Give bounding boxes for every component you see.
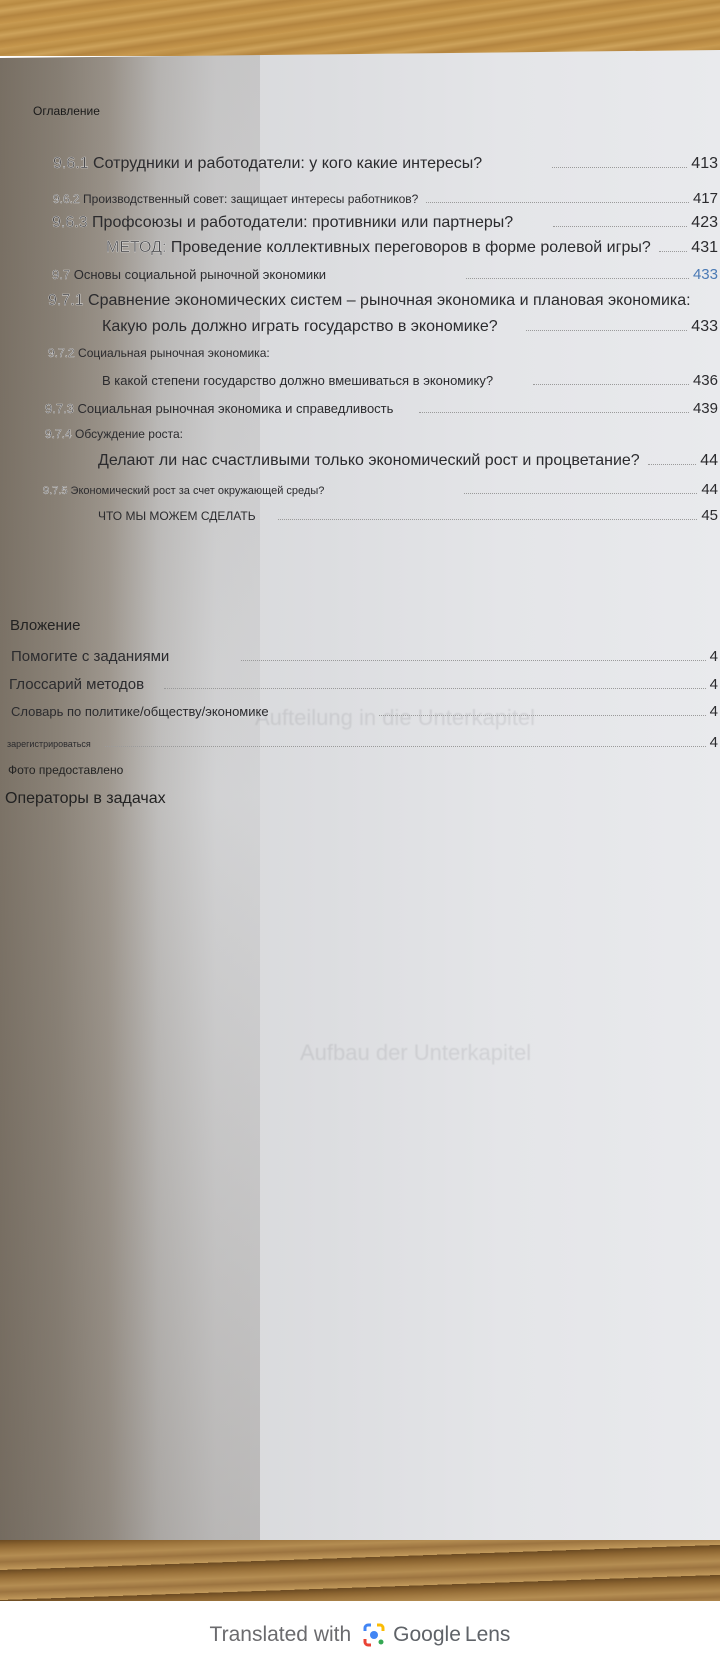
entry-text: зарегистрироваться	[7, 739, 91, 749]
entry-page: 4	[710, 648, 720, 665]
leader-dots	[648, 464, 697, 465]
entry-number: 9.6.1	[53, 155, 89, 172]
appendix-entry[interactable]: Помогите с заданиями 4	[11, 648, 720, 665]
entry-page: 413	[691, 155, 720, 173]
entry-number: 9.6.3	[52, 214, 88, 231]
toc-entry[interactable]: 9.6.1 Сотрудники и работодатели: у кого …	[53, 155, 720, 173]
entry-text: Делают ли нас счастливыми только экономи…	[98, 452, 640, 470]
appendix-entry[interactable]: Словарь по политике/обществу/экономике 4	[11, 703, 720, 720]
toc-entry[interactable]: Какую роль должно играть государство в э…	[102, 318, 720, 336]
toc-entry[interactable]: В какой степени государство должно вмеши…	[102, 372, 720, 389]
translated-with-label: Translated with	[210, 1623, 352, 1647]
leader-dots	[426, 202, 689, 203]
entry-page: 45	[701, 507, 720, 524]
appendix-title: Вложение	[10, 617, 80, 634]
leader-dots	[241, 660, 705, 661]
entry-page: 433	[693, 266, 720, 283]
toc-entry[interactable]: 9.7.2 Социальная рыночная экономика:	[48, 346, 720, 360]
wood-table-bottom	[0, 1540, 720, 1601]
photo-credits[interactable]: Фото предоставлено	[8, 763, 123, 777]
toc-entry[interactable]: 9.6.3 Профсоюзы и работодатели: противни…	[52, 214, 720, 232]
operators-heading[interactable]: Операторы в задачах	[5, 790, 166, 808]
entry-page: 4	[710, 703, 720, 720]
google-lens-icon	[361, 1622, 387, 1648]
entry-text: Производственный совет: защищает интерес…	[83, 192, 418, 206]
entry-text: Экономический рост за счет окружающей ср…	[71, 485, 325, 497]
entry-page: 423	[691, 214, 720, 232]
leader-dots	[553, 226, 687, 227]
entry-page: 44	[701, 481, 720, 498]
google-brand: Google	[393, 1623, 461, 1647]
toc-entry[interactable]: МЕТОД: Проведение коллективных переговор…	[106, 239, 720, 257]
leader-dots	[659, 251, 688, 252]
entry-page: 4	[710, 734, 720, 751]
toc-entry[interactable]: 9.6.2 Производственный совет: защищает и…	[53, 190, 720, 207]
entry-text: Словарь по политике/обществу/экономике	[11, 704, 269, 719]
entry-text: Социальная рыночная экономика:	[78, 346, 270, 360]
appendix-entry[interactable]: зарегистрироваться 4	[7, 734, 720, 751]
leader-dots	[552, 167, 687, 168]
entry-page: 439	[693, 400, 720, 417]
leader-dots	[278, 519, 698, 520]
entry-text: Обсуждение роста:	[75, 427, 183, 441]
entry-text: В какой степени государство должно вмеши…	[102, 373, 493, 388]
entry-text: Глоссарий методов	[9, 676, 144, 693]
entry-page: 417	[693, 190, 720, 207]
photo-background: Aufteilung in die Unterkapitel Aufbau de…	[0, 0, 720, 1601]
leader-dots	[379, 715, 706, 716]
toc-entry[interactable]: 9.7.1 Сравнение экономических систем – р…	[48, 292, 720, 310]
entry-text: Какую роль должно играть государство в э…	[102, 318, 498, 336]
entry-page: 431	[691, 239, 720, 257]
entry-text: Социальная рыночная экономика и справедл…	[78, 401, 394, 416]
entry-number: 9.7.4	[45, 427, 72, 441]
entry-number: 9.7.5	[43, 485, 67, 497]
lens-brand: Lens	[465, 1623, 511, 1647]
leader-dots	[164, 688, 706, 689]
entry-number: 9.6.2	[53, 192, 80, 206]
entry-page: 4	[710, 676, 720, 693]
leader-dots	[105, 746, 706, 747]
leader-dots	[526, 330, 688, 331]
entry-text: Проведение коллективных переговоров в фо…	[171, 239, 651, 256]
entry-number: 9.7.2	[48, 346, 75, 360]
entry-page: 44	[700, 452, 720, 470]
leader-dots	[464, 493, 697, 494]
leader-dots	[533, 384, 689, 385]
leader-dots	[419, 412, 689, 413]
toc-title: Оглавление	[33, 104, 100, 118]
entry-text: Основы социальной рыночной экономики	[74, 267, 326, 282]
entry-text: Помогите с заданиями	[11, 648, 169, 665]
translation-footer: Translated with Google Lens	[0, 1601, 720, 1669]
entry-text: Профсоюзы и работодатели: противники или…	[92, 214, 513, 231]
appendix-entry[interactable]: Глоссарий методов 4	[9, 676, 720, 693]
toc-entry[interactable]: ЧТО МЫ МОЖЕМ СДЕЛАТЬ 45	[98, 507, 720, 524]
entry-number: 9.7	[52, 267, 70, 282]
toc-entry[interactable]: 9.7 Основы социальной рыночной экономики…	[52, 266, 720, 283]
entry-text: Сравнение экономических систем – рыночна…	[88, 292, 691, 309]
entry-text: ЧТО МЫ МОЖЕМ СДЕЛАТЬ	[98, 509, 256, 523]
toc-entry[interactable]: 9.7.3 Социальная рыночная экономика и сп…	[45, 400, 720, 417]
leader-dots	[466, 278, 689, 279]
entry-number: МЕТОД:	[106, 239, 166, 256]
toc-entry[interactable]: Делают ли нас счастливыми только экономи…	[98, 452, 720, 470]
entry-page: 433	[691, 318, 720, 336]
entry-number: 9.7.3	[45, 401, 74, 416]
ghost-heading: Aufbau der Unterkapitel	[300, 1040, 531, 1066]
entry-text: Сотрудники и работодатели: у кого какие …	[93, 155, 482, 172]
entry-number: 9.7.1	[48, 292, 84, 309]
toc-entry[interactable]: 9.7.5 Экономический рост за счет окружаю…	[43, 481, 720, 498]
wood-table-top	[0, 0, 720, 56]
toc-entry[interactable]: 9.7.4 Обсуждение роста:	[45, 427, 720, 441]
entry-page: 436	[693, 372, 720, 389]
